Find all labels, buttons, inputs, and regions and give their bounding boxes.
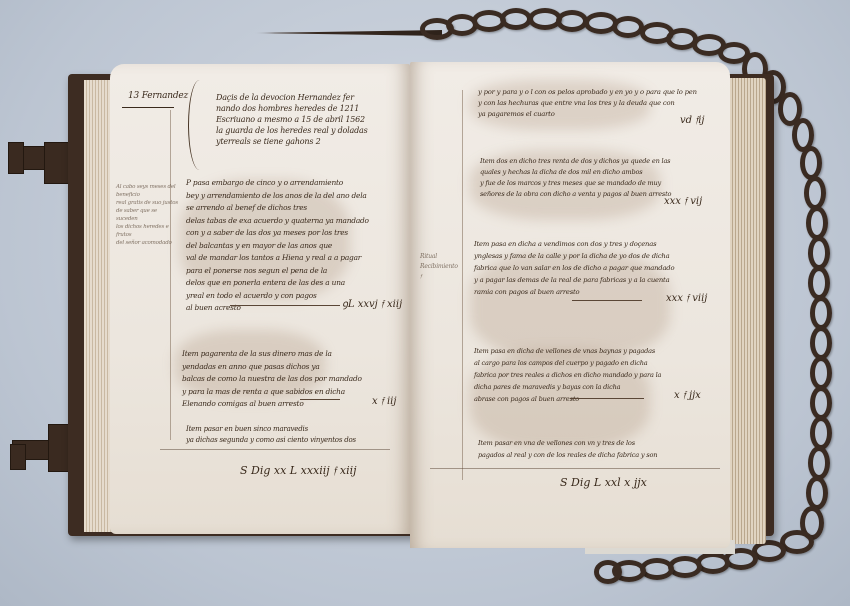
chain-link xyxy=(594,560,622,584)
right-entry-2: Item pasa en dicha a vendimos con dos y … xyxy=(474,238,674,298)
heading-underline xyxy=(122,107,174,108)
chain-link xyxy=(808,266,830,300)
right-entry-0-total: vd 𝔣ij xyxy=(680,115,705,126)
chain-link xyxy=(808,236,830,270)
entry-rule xyxy=(300,399,340,400)
entry-header: Daçis de la devocion Hernandez fer nando… xyxy=(216,92,368,147)
total-rule xyxy=(160,449,390,450)
decorative-bracket xyxy=(188,80,211,170)
right-entry-0: y por y para y o l con os pelos aprobado… xyxy=(478,87,697,120)
clasp-bottom-knob xyxy=(10,444,26,470)
chain-link xyxy=(810,416,832,450)
right-entry-3: Item pasa en dicha de vellones de vnas b… xyxy=(474,345,661,405)
chain-link xyxy=(806,206,828,240)
margin-line xyxy=(462,90,463,480)
margin-note: Al cabo seys meses del beneficio real gr… xyxy=(116,183,178,247)
left-entry-2: Item pagarenta de la sus dinero mas de l… xyxy=(182,348,362,411)
left-entry-2-total: x 𝔣 iij xyxy=(372,396,396,407)
right-margin-note: Ritual Recibimiento 𝔣 xyxy=(420,252,458,282)
chain-link xyxy=(612,16,644,38)
right-entry-2-total: xxx 𝔣 viij xyxy=(666,293,707,304)
margin-line xyxy=(170,110,171,440)
chain-link xyxy=(810,296,832,330)
right-entry-1-total: xxx 𝔣 vij xyxy=(664,196,702,207)
chain-link xyxy=(810,386,832,420)
left-entry-1-total: ꝯL xxvj 𝔣 xiij xyxy=(342,296,402,310)
right-entry-3-total: x 𝔣 jjx xyxy=(674,390,701,401)
entry-rule xyxy=(570,398,644,399)
chain-link xyxy=(810,356,832,390)
left-page-total: S Dig xx L xxxiij 𝔣 xiij xyxy=(240,464,357,478)
clasp-top-knob xyxy=(8,142,24,174)
right-page-stack xyxy=(724,78,766,544)
chain-link xyxy=(800,146,822,180)
chain-link xyxy=(804,176,826,210)
left-page-heading: 13 Fernandez xyxy=(128,90,188,104)
left-entry-3: Item pasar en buen sinco maravedis ya di… xyxy=(186,424,356,446)
chain-link xyxy=(808,446,830,480)
right-entry-4: Item pasar en vna de vellones con vn y t… xyxy=(478,437,657,461)
right-entry-1: Item dos en dicho tres renta de dos y di… xyxy=(480,156,671,200)
chain-link xyxy=(806,476,828,510)
total-rule xyxy=(430,468,720,469)
left-entry-1: P pasa embargo de cinco y o arrendamient… xyxy=(186,177,369,315)
chain-link xyxy=(810,326,832,360)
entry-rule xyxy=(572,300,642,301)
entry-rule xyxy=(230,305,340,306)
right-page-total: S Dig L xxl x jjx xyxy=(560,476,647,489)
